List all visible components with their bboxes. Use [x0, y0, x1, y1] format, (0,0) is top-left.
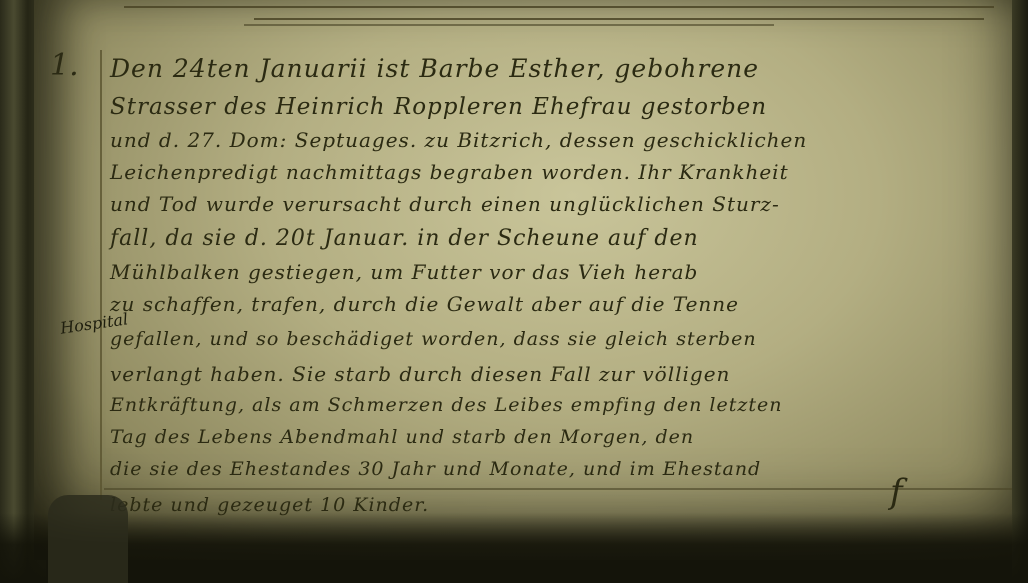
header-rule-line-2	[244, 24, 774, 26]
entry-number: 1.	[50, 48, 79, 83]
text-line: Tag des Lebens Abendmahl und starb den M…	[110, 426, 694, 448]
signature: f	[890, 472, 903, 512]
bottom-rule-line	[104, 488, 1014, 490]
text-line: die sie des Ehestandes 30 Jahr und Monat…	[110, 458, 761, 480]
text-line: fall, da sie d. 20t Januar. in der Scheu…	[110, 226, 699, 251]
text-line: Entkräftung, als am Schmerzen des Leibes…	[110, 394, 782, 416]
text-line: und Tod wurde verursacht durch einen ung…	[110, 192, 780, 216]
text-line: zu schaffen, trafen, durch die Gewalt ab…	[110, 292, 739, 316]
text-line: Mühlbalken gestiegen, um Futter vor das …	[110, 260, 698, 284]
text-line: Den 24ten Januarii ist Barbe Esther, geb…	[110, 54, 759, 83]
text-line: Leichenpredigt nachmittags begraben word…	[110, 160, 789, 184]
top-rule-line	[124, 6, 994, 8]
text-line: und d. 27. Dom: Septuages. zu Bitzrich, …	[110, 128, 807, 152]
text-line: verlangt haben. Sie starb durch diesen F…	[110, 362, 730, 386]
margin-line	[100, 50, 102, 500]
thumb-shadow	[48, 495, 128, 583]
text-line: Strasser des Heinrich Roppleren Ehefrau …	[110, 94, 767, 120]
page-edge	[1012, 0, 1028, 583]
header-rule-line	[254, 18, 984, 20]
photo-shadow	[0, 513, 1028, 583]
text-line: gefallen, und so beschädiget worden, das…	[110, 328, 757, 350]
